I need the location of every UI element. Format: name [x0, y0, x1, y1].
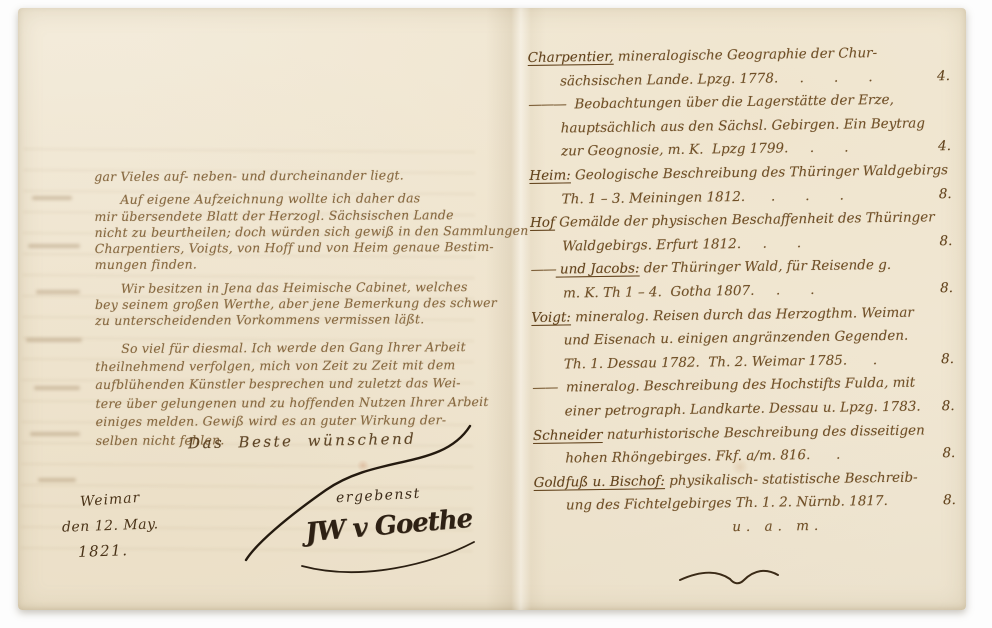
ditto-dash: —— [532, 380, 557, 396]
format-number: 4. [938, 135, 951, 159]
bleed-mark [32, 196, 72, 200]
format-number: 8. [941, 348, 954, 372]
manuscript-line: tere über gelungenen und zu hoffenden Nu… [95, 393, 493, 413]
format-number: 8. [942, 395, 955, 419]
manuscript-line: mungen finden. [95, 255, 493, 273]
format-number: 8. [939, 183, 952, 207]
format-number: 8. [940, 277, 953, 301]
bleed-mark [34, 386, 80, 390]
manuscript-line: mir übersendete Blatt der Herzogl. Sächs… [94, 207, 492, 225]
left-page-letter: gar Vieles auf- neben- und durcheinander… [94, 167, 494, 457]
format-number: 8. [939, 230, 952, 254]
manuscript-line: theilnehmend verfolgen, mich von Zeit zu… [95, 356, 493, 376]
scanned-manuscript: gar Vieles auf- neben- und durcheinander… [0, 0, 992, 628]
bleed-mark [30, 432, 80, 436]
format-number: 4. [937, 65, 950, 89]
format-number: 8. [942, 442, 955, 466]
signature: JW v Goethe [304, 504, 473, 548]
date-line: den 12. May. [62, 516, 159, 535]
end-of-list-flourish [680, 571, 778, 583]
author-name: Goldfuß u. Bischof: [534, 473, 665, 491]
manuscript-line: aufblühenden Künstler besprechen und zul… [95, 374, 493, 394]
manuscript-line: gar Vieles auf- neben- und durcheinander… [94, 167, 492, 185]
year-line: 1821. [78, 541, 129, 561]
manuscript-line: zu unterscheidenden Vorkommens vermissen… [95, 311, 493, 329]
paragraph: Auf eigene Aufzeichnung wollte ich daher… [94, 190, 492, 274]
author-name: Charpentier, [528, 49, 614, 66]
manuscript-line: So viel für diesmal. Ich werde den Gang … [95, 338, 493, 358]
et-cetera-line: u. a. m. [534, 513, 958, 543]
author-name: Heim: [529, 167, 571, 184]
ditto-dash: —— [531, 262, 556, 278]
manuscript-line: bey seinem großen Werthe, aber jene Beme… [95, 295, 493, 313]
manuscript-line: Charpentiers, Voigts, von Hoff und von H… [95, 239, 493, 257]
bleed-mark [38, 478, 76, 482]
author-name: und Jacobs: [556, 261, 640, 278]
place-line: Weimar [80, 490, 141, 510]
bleed-mark [36, 290, 80, 294]
signature-underline-flourish [302, 542, 474, 572]
valediction: ergebenst [336, 486, 422, 506]
author-name: Schneider [533, 426, 603, 443]
paragraph: gar Vieles auf- neben- und durcheinander… [94, 167, 492, 185]
format-number: 8. [943, 489, 956, 513]
ink-stain [356, 460, 370, 471]
paragraph: Wir besitzen in Jena das Heimische Cabin… [95, 279, 493, 330]
author-name: Voigt: [531, 309, 571, 326]
manuscript-line: einiges melden. Gewiß wird es an guter W… [96, 411, 494, 431]
bleed-mark [26, 338, 82, 342]
bleed-mark [28, 244, 80, 248]
ditto-dash: ——— [528, 97, 566, 114]
right-page-booklist: Charpentier, mineralogische Geographie d… [528, 41, 959, 542]
manuscript-paper: gar Vieles auf- neben- und durcheinander… [18, 8, 966, 610]
author-name: Hof [530, 215, 555, 231]
